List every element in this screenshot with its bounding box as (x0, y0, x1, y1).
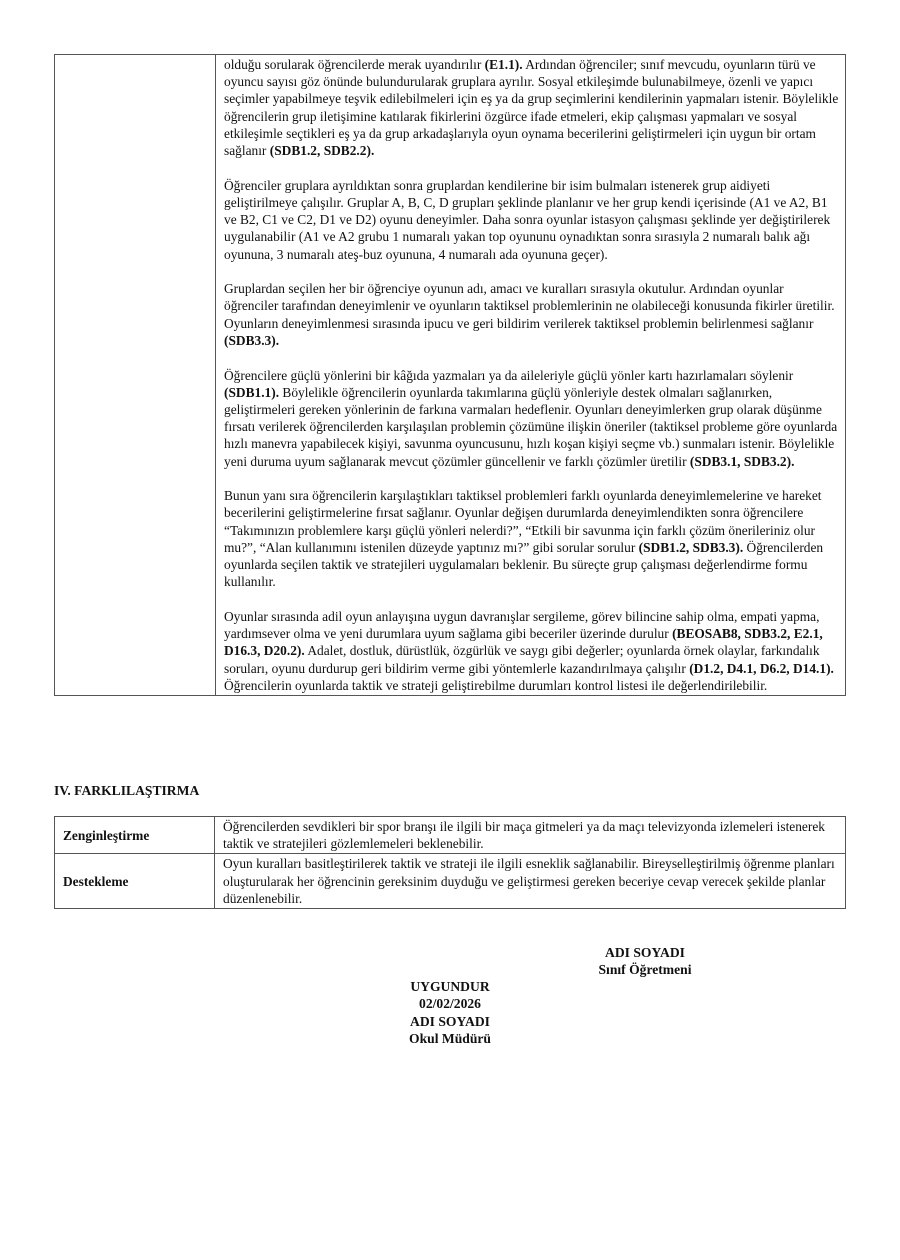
outcome-code: (SDB3.1, SDB3.2). (690, 454, 795, 469)
section-label-cell (55, 55, 216, 696)
principal-signature-block: UYGUNDUR 02/02/2026 ADI SOYADI Okul Müdü… (360, 978, 540, 1048)
lesson-flow-table: olduğu sorularak öğrencilerde merak uyan… (54, 54, 846, 696)
paragraph-text: Öğrencilere güçlü yönlerini bir kâğıda y… (224, 368, 793, 383)
differentiation-table: Zenginleştirme Öğrencilerden sevdikleri … (54, 816, 846, 909)
table-row: olduğu sorularak öğrencilerde merak uyan… (55, 55, 846, 696)
outcome-code: (SDB3.3). (224, 333, 279, 348)
teacher-signature-block: ADI SOYADI Sınıf Öğretmeni (560, 944, 730, 979)
lesson-flow-content: olduğu sorularak öğrencilerde merak uyan… (216, 55, 846, 696)
paragraph-text: olduğu sorularak öğrencilerde merak uyan… (224, 57, 485, 72)
outcome-code: (E1.1). (485, 57, 523, 72)
lesson-flow-paragraphs: olduğu sorularak öğrencilerde merak uyan… (224, 56, 839, 694)
enrichment-text: Öğrencilerden sevdikleri bir spor branşı… (215, 817, 846, 854)
section-heading-differentiation: IV. FARKLILAŞTIRMA (54, 782, 199, 799)
outcome-code: (SDB1.2, SDB2.2). (270, 143, 375, 158)
teacher-title: Sınıf Öğretmeni (560, 961, 730, 978)
table-row: Destekleme Oyun kuralları basitleştirile… (55, 854, 846, 909)
support-label: Destekleme (55, 854, 215, 909)
paragraph-text: Öğrencilerin oyunlarda taktik ve stratej… (224, 678, 767, 693)
lesson-paragraph: Öğrenciler gruplara ayrıldıktan sonra gr… (224, 177, 839, 263)
lesson-paragraph: olduğu sorularak öğrencilerde merak uyan… (224, 56, 839, 159)
enrichment-label: Zenginleştirme (55, 817, 215, 854)
paragraph-text: Gruplardan seçilen her bir öğrenciye oyu… (224, 281, 835, 330)
lesson-paragraph: Gruplardan seçilen her bir öğrenciye oyu… (224, 280, 839, 349)
document-page: olduğu sorularak öğrencilerde merak uyan… (0, 0, 900, 1260)
approval-label: UYGUNDUR (360, 978, 540, 995)
support-text: Oyun kuralları basitleştirilerek taktik … (215, 854, 846, 909)
lesson-paragraph: Öğrencilere güçlü yönlerini bir kâğıda y… (224, 367, 839, 470)
principal-title: Okul Müdürü (360, 1030, 540, 1047)
outcome-code: (SDB1.1). (224, 385, 279, 400)
lesson-paragraph: Bunun yanı sıra öğrencilerin karşılaştık… (224, 487, 839, 590)
principal-name: ADI SOYADI (360, 1013, 540, 1030)
paragraph-text: Öğrenciler gruplara ayrıldıktan sonra gr… (224, 178, 830, 262)
table-row: Zenginleştirme Öğrencilerden sevdikleri … (55, 817, 846, 854)
outcome-code: (D1.2, D4.1, D6.2, D14.1). (689, 661, 834, 676)
teacher-name: ADI SOYADI (560, 944, 730, 961)
lesson-paragraph: Oyunlar sırasında adil oyun anlayışına u… (224, 608, 839, 694)
outcome-code: (SDB1.2, SDB3.3). (639, 540, 744, 555)
approval-date: 02/02/2026 (360, 995, 540, 1012)
